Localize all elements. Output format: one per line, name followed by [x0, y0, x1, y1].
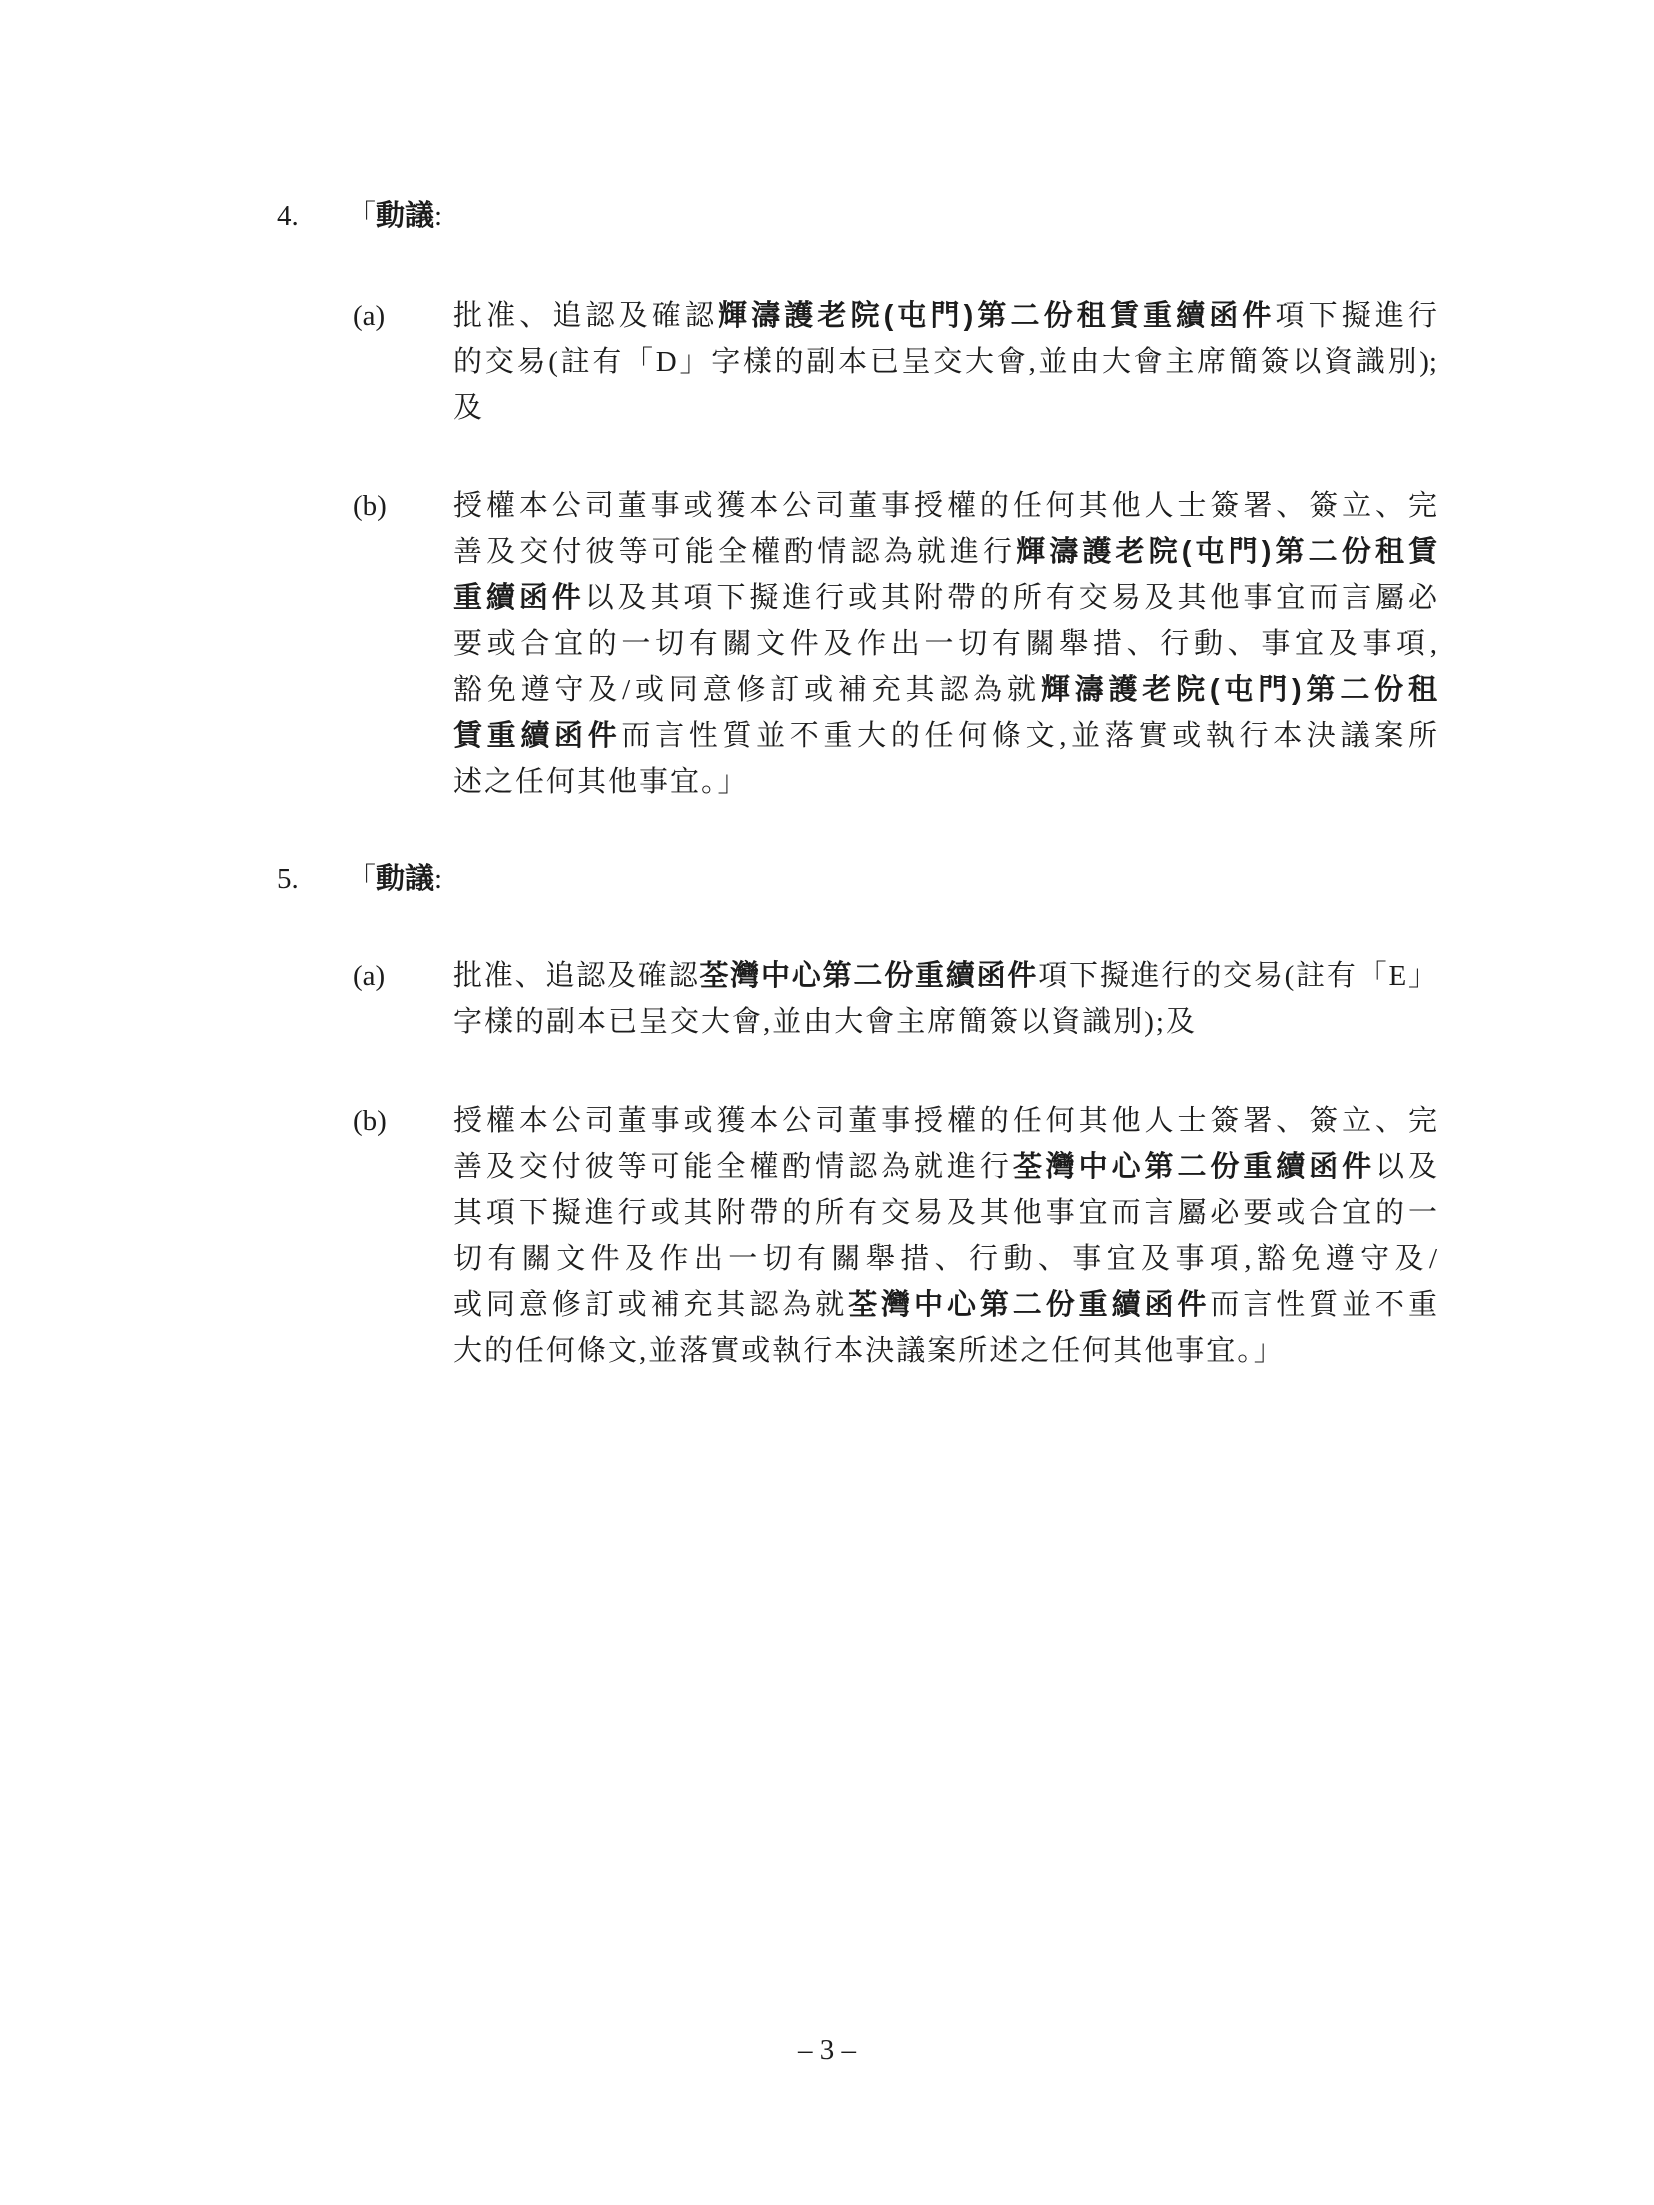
- text-run: 而言性質並不重大的任何條文,並落實或執行本決議案所: [621, 720, 1437, 752]
- text-run: 批准、追認及確認: [453, 960, 699, 992]
- defined-term-bold: 重續函件: [453, 582, 585, 614]
- sub-item-5a: (a) 批准、追認及確認荃灣中心第二份重續函件項下擬進行的交易(註有「E」 字樣…: [353, 953, 1437, 1045]
- resolution-heading: 「動議:: [347, 856, 442, 902]
- text-line: 或同意修訂或補充其認為就荃灣中心第二份重續函件而言性質並不重: [453, 1282, 1437, 1328]
- text-run: 善及交付彼等可能全權酌情認為就進行: [453, 536, 1016, 568]
- text-run: 其項下擬進行或其附帶的所有交易及其他事宜而言屬必要或合宜的一: [453, 1197, 1437, 1229]
- resolution-number: 4.: [277, 193, 337, 239]
- text-run: 或同意修訂或補充其認為就: [453, 1289, 848, 1321]
- text-line: 授權本公司董事或獲本公司董事授權的任何其他人士簽署、簽立、完: [453, 1098, 1437, 1144]
- text-line: 善及交付彼等可能全權酌情認為就進行荃灣中心第二份重續函件以及: [453, 1144, 1437, 1190]
- subitem-label: (a): [353, 953, 443, 999]
- text-run: 批准、追認及確認: [453, 300, 718, 332]
- text-line: 字樣的副本已呈交大會,並由大會主席簡簽以資識別);及: [453, 999, 1437, 1045]
- subitem-body: 授權本公司董事或獲本公司董事授權的任何其他人士簽署、簽立、完 善及交付彼等可能全…: [453, 483, 1437, 805]
- resolution-number: 5.: [277, 856, 337, 902]
- text-run: 以及: [1375, 1151, 1437, 1183]
- text-run: 豁免遵守及/或同意修訂或補充其認為就: [453, 674, 1041, 706]
- text-run: 授權本公司董事或獲本公司董事授權的任何其他人士簽署、簽立、完: [453, 1105, 1437, 1137]
- defined-term-bold: 輝濤護老院(屯門)第二份租賃重續函件: [718, 300, 1276, 332]
- subitem-label: (b): [353, 1098, 443, 1144]
- sub-item-4b: (b) 授權本公司董事或獲本公司董事授權的任何其他人士簽署、簽立、完 善及交付彼…: [353, 483, 1437, 805]
- text-line: 批准、追認及確認荃灣中心第二份重續函件項下擬進行的交易(註有「E」: [453, 953, 1437, 999]
- text-line: 及: [453, 385, 1437, 431]
- text-run: 大的任何條文,並落實或執行本決議案所述之任何其他事宜。」: [453, 1335, 1285, 1367]
- defined-term-bold: 賃重續函件: [453, 720, 621, 752]
- subitem-label: (b): [353, 483, 443, 529]
- text-run: 及: [453, 392, 484, 424]
- text-run: 項下擬進行: [1275, 300, 1437, 332]
- heading-term: 動議: [376, 200, 434, 232]
- text-run: 項下擬進行的交易(註有「E」: [1038, 960, 1437, 992]
- text-run: 切有關文件及作出一切有關舉措、行動、事宜及事項,豁免遵守及/: [453, 1243, 1437, 1275]
- text-line: 重續函件以及其項下擬進行或其附帶的所有交易及其他事宜而言屬必: [453, 575, 1437, 621]
- defined-term-bold: 荃灣中心第二份重續函件: [848, 1289, 1210, 1321]
- text-line: 其項下擬進行或其附帶的所有交易及其他事宜而言屬必要或合宜的一: [453, 1190, 1437, 1236]
- heading-colon: :: [434, 200, 442, 232]
- sub-item-5b: (b) 授權本公司董事或獲本公司董事授權的任何其他人士簽署、簽立、完 善及交付彼…: [353, 1098, 1437, 1374]
- subitem-label: (a): [353, 293, 443, 339]
- heading-term: 動議: [376, 863, 434, 895]
- text-line: 善及交付彼等可能全權酌情認為就進行輝濤護老院(屯門)第二份租賃: [453, 529, 1437, 575]
- text-line: 大的任何條文,並落實或執行本決議案所述之任何其他事宜。」: [453, 1328, 1437, 1374]
- resolution-heading: 「動議:: [347, 193, 442, 239]
- text-line: 豁免遵守及/或同意修訂或補充其認為就輝濤護老院(屯門)第二份租: [453, 667, 1437, 713]
- text-run: 善及交付彼等可能全權酌情認為就進行: [453, 1151, 1013, 1183]
- page-number: – 3 –: [0, 2030, 1654, 2070]
- text-run: 而言性質並不重: [1210, 1289, 1437, 1321]
- defined-term-bold: 荃灣中心第二份重續函件: [699, 960, 1038, 992]
- subitem-body: 授權本公司董事或獲本公司董事授權的任何其他人士簽署、簽立、完 善及交付彼等可能全…: [453, 1098, 1437, 1374]
- text-line: 批准、追認及確認輝濤護老院(屯門)第二份租賃重續函件項下擬進行: [453, 293, 1437, 339]
- defined-term-bold: 輝濤護老院(屯門)第二份租: [1041, 674, 1437, 706]
- subitem-body: 批准、追認及確認輝濤護老院(屯門)第二份租賃重續函件項下擬進行 的交易(註有「D…: [453, 293, 1437, 431]
- text-line: 授權本公司董事或獲本公司董事授權的任何其他人士簽署、簽立、完: [453, 483, 1437, 529]
- opening-bracket: 「: [347, 200, 376, 232]
- sub-item-4a: (a) 批准、追認及確認輝濤護老院(屯門)第二份租賃重續函件項下擬進行 的交易(…: [353, 293, 1437, 431]
- text-run: 字樣的副本已呈交大會,並由大會主席簡簽以資識別);及: [453, 1006, 1197, 1038]
- defined-term-bold: 荃灣中心第二份重續函件: [1013, 1151, 1375, 1183]
- opening-bracket: 「: [347, 863, 376, 895]
- text-line: 賃重續函件而言性質並不重大的任何條文,並落實或執行本決議案所: [453, 713, 1437, 759]
- document-page: 4. 「動議: (a) 批准、追認及確認輝濤護老院(屯門)第二份租賃重續函件項下…: [0, 0, 1654, 2205]
- text-line: 切有關文件及作出一切有關舉措、行動、事宜及事項,豁免遵守及/: [453, 1236, 1437, 1282]
- text-line: 要或合宜的一切有關文件及作出一切有關舉措、行動、事宜及事項,: [453, 621, 1437, 667]
- text-line: 述之任何其他事宜。」: [453, 759, 1437, 805]
- heading-colon: :: [434, 863, 442, 895]
- text-run: 要或合宜的一切有關文件及作出一切有關舉措、行動、事宜及事項,: [453, 628, 1437, 660]
- text-run: 述之任何其他事宜。」: [453, 766, 749, 798]
- subitem-body: 批准、追認及確認荃灣中心第二份重續函件項下擬進行的交易(註有「E」 字樣的副本已…: [453, 953, 1437, 1045]
- text-run: 以及其項下擬進行或其附帶的所有交易及其他事宜而言屬必: [585, 582, 1437, 614]
- defined-term-bold: 輝濤護老院(屯門)第二份租賃: [1016, 536, 1437, 568]
- text-run: 的交易(註有「D」字樣的副本已呈交大會,並由大會主席簡簽以資識別);: [453, 346, 1437, 378]
- text-run: 授權本公司董事或獲本公司董事授權的任何其他人士簽署、簽立、完: [453, 490, 1437, 522]
- text-line: 的交易(註有「D」字樣的副本已呈交大會,並由大會主席簡簽以資識別);: [453, 339, 1437, 385]
